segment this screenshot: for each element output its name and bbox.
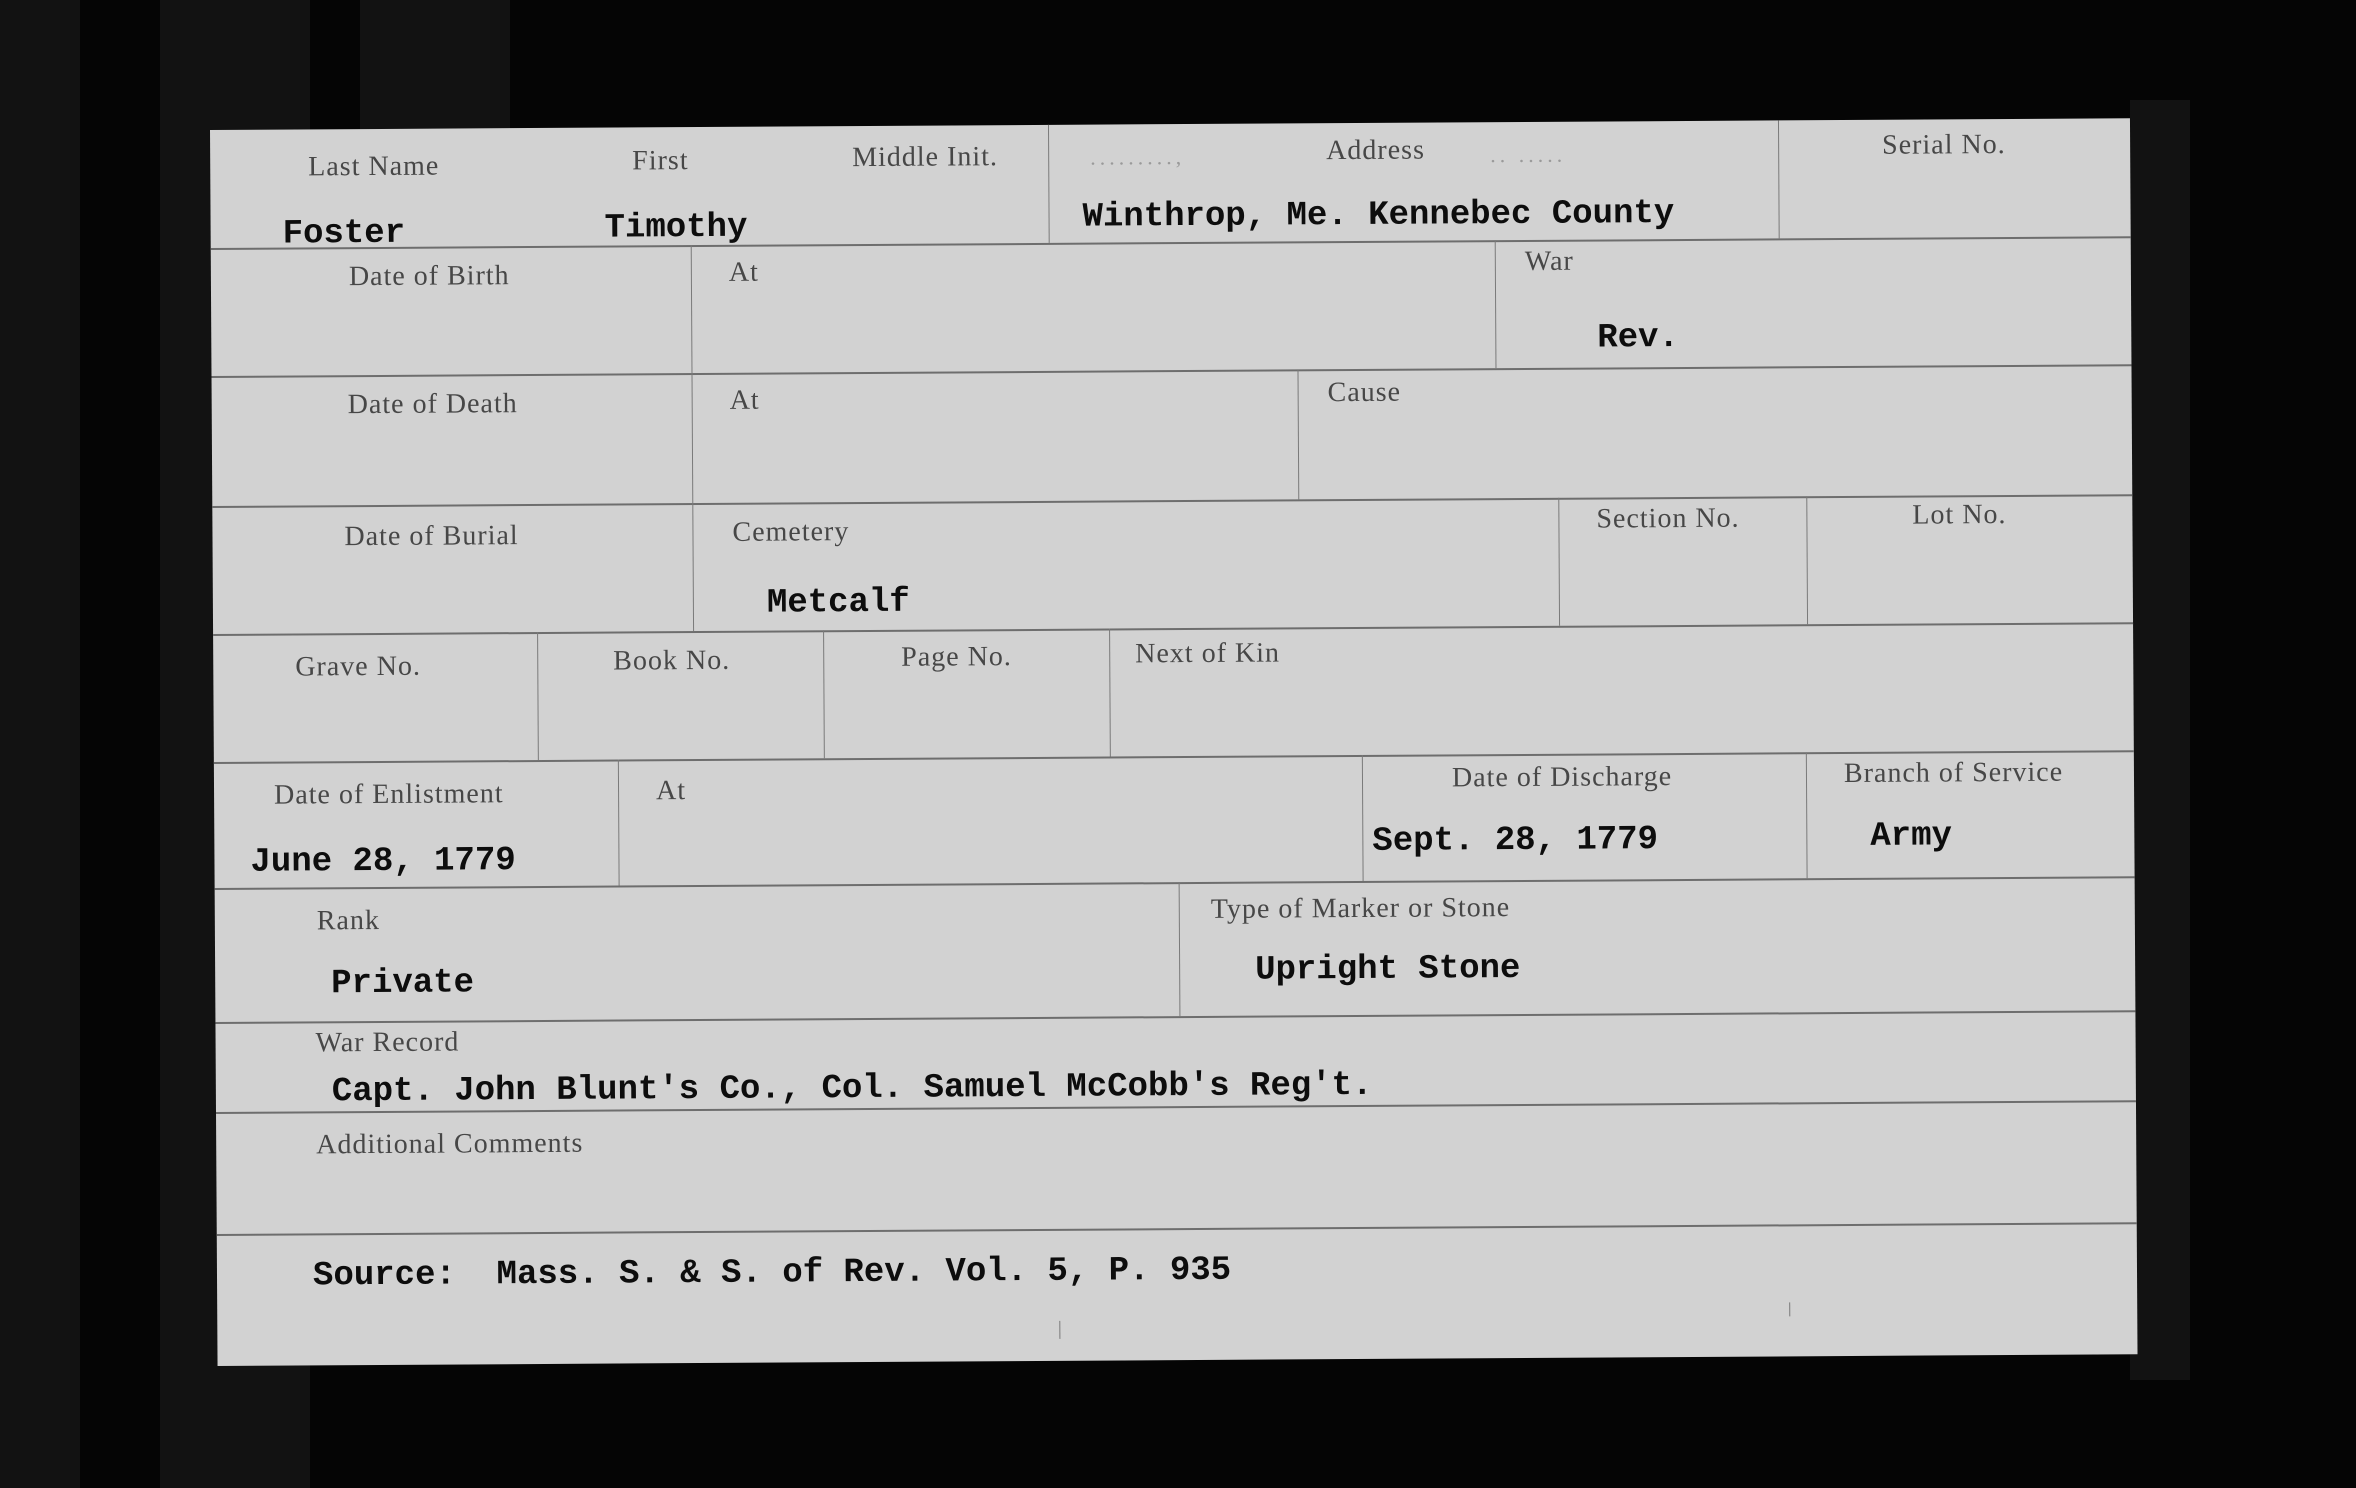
cell-divider: [1109, 629, 1111, 757]
branch-of-service-label: Branch of Service: [1844, 757, 2063, 790]
cell-divider: [823, 630, 825, 758]
enlistment-place-label: At: [656, 775, 686, 807]
cemetery-value: Metcalf: [767, 584, 910, 623]
marker-type-label: Type of Marker or Stone: [1211, 892, 1511, 926]
cell-divider: [1495, 240, 1497, 368]
cell-divider: [1297, 369, 1299, 499]
branch-of-service-value: Army: [1870, 817, 1952, 855]
cell-divider: [618, 760, 620, 886]
date-of-birth-label: Date of Birth: [349, 260, 510, 293]
first-name-label: First: [632, 145, 689, 177]
date-of-death-label: Date of Death: [348, 388, 518, 421]
address-value: Winthrop, Me. Kennebec County: [1082, 195, 1674, 237]
cell-divider: [1806, 496, 1808, 624]
cell-divider: [1048, 125, 1050, 243]
serial-no-label: Serial No.: [1882, 129, 2006, 162]
first-name-value: Timothy: [604, 209, 747, 248]
row-divider: [211, 236, 2131, 250]
war-record-value: Capt. John Blunt's Co., Col. Samuel McCo…: [332, 1067, 1373, 1111]
cell-divider: [691, 373, 693, 503]
cell-divider: [1778, 120, 1780, 238]
source-citation: Source: Mass. S. & S. of Rev. Vol. 5, P.…: [313, 1252, 1231, 1296]
last-name-label: Last Name: [308, 151, 439, 184]
rank-label: Rank: [317, 905, 380, 937]
cell-divider: [537, 632, 539, 760]
cause-label: Cause: [1328, 377, 1402, 409]
cell-divider: [1558, 498, 1560, 626]
war-value: Rev.: [1597, 319, 1679, 357]
cell-divider: [1362, 755, 1364, 881]
book-no-label: Book No.: [613, 645, 730, 678]
row-divider: [217, 1222, 2137, 1236]
rank-value: Private: [331, 964, 474, 1003]
war-label: War: [1525, 246, 1574, 278]
tick-mark: [1059, 1321, 1060, 1339]
section-no-label: Section No.: [1596, 503, 1739, 536]
war-record-label: War Record: [315, 1026, 459, 1059]
film-background-strip: [2130, 100, 2190, 1380]
row-divider: [215, 1010, 2135, 1024]
date-of-enlistment-label: Date of Enlistment: [274, 778, 504, 811]
faded-form-text: .. .....: [1490, 142, 1566, 168]
cell-divider: [1806, 752, 1808, 878]
last-name-value: Foster: [283, 215, 406, 254]
page-no-label: Page No.: [901, 641, 1012, 674]
tick-mark: [1789, 1302, 1790, 1316]
row-divider: [212, 364, 2132, 378]
birth-place-label: At: [729, 257, 759, 289]
faded-form-text: .........,: [1090, 144, 1185, 171]
cell-divider: [691, 245, 693, 373]
address-label: Address: [1326, 135, 1425, 168]
row-divider: [212, 494, 2132, 508]
row-divider: [213, 622, 2133, 636]
film-background-strip: [0, 0, 80, 1488]
cemetery-label: Cemetery: [732, 516, 849, 549]
next-of-kin-label: Next of Kin: [1135, 637, 1280, 670]
cell-divider: [1179, 882, 1181, 1016]
date-of-discharge-value: Sept. 28, 1779: [1372, 821, 1658, 861]
lot-no-label: Lot No.: [1912, 499, 2006, 532]
cell-divider: [692, 503, 694, 631]
date-of-discharge-label: Date of Discharge: [1452, 761, 1672, 794]
date-of-enlistment-value: June 28, 1779: [250, 842, 515, 882]
grave-registration-card: Last Name First Middle Init. ........., …: [210, 118, 2138, 1366]
marker-type-value: Upright Stone: [1255, 950, 1520, 990]
middle-init-label: Middle Init.: [852, 141, 998, 174]
grave-no-label: Grave No.: [295, 651, 421, 684]
additional-comments-label: Additional Comments: [316, 1128, 583, 1162]
date-of-burial-label: Date of Burial: [344, 520, 518, 553]
death-place-label: At: [730, 385, 760, 417]
